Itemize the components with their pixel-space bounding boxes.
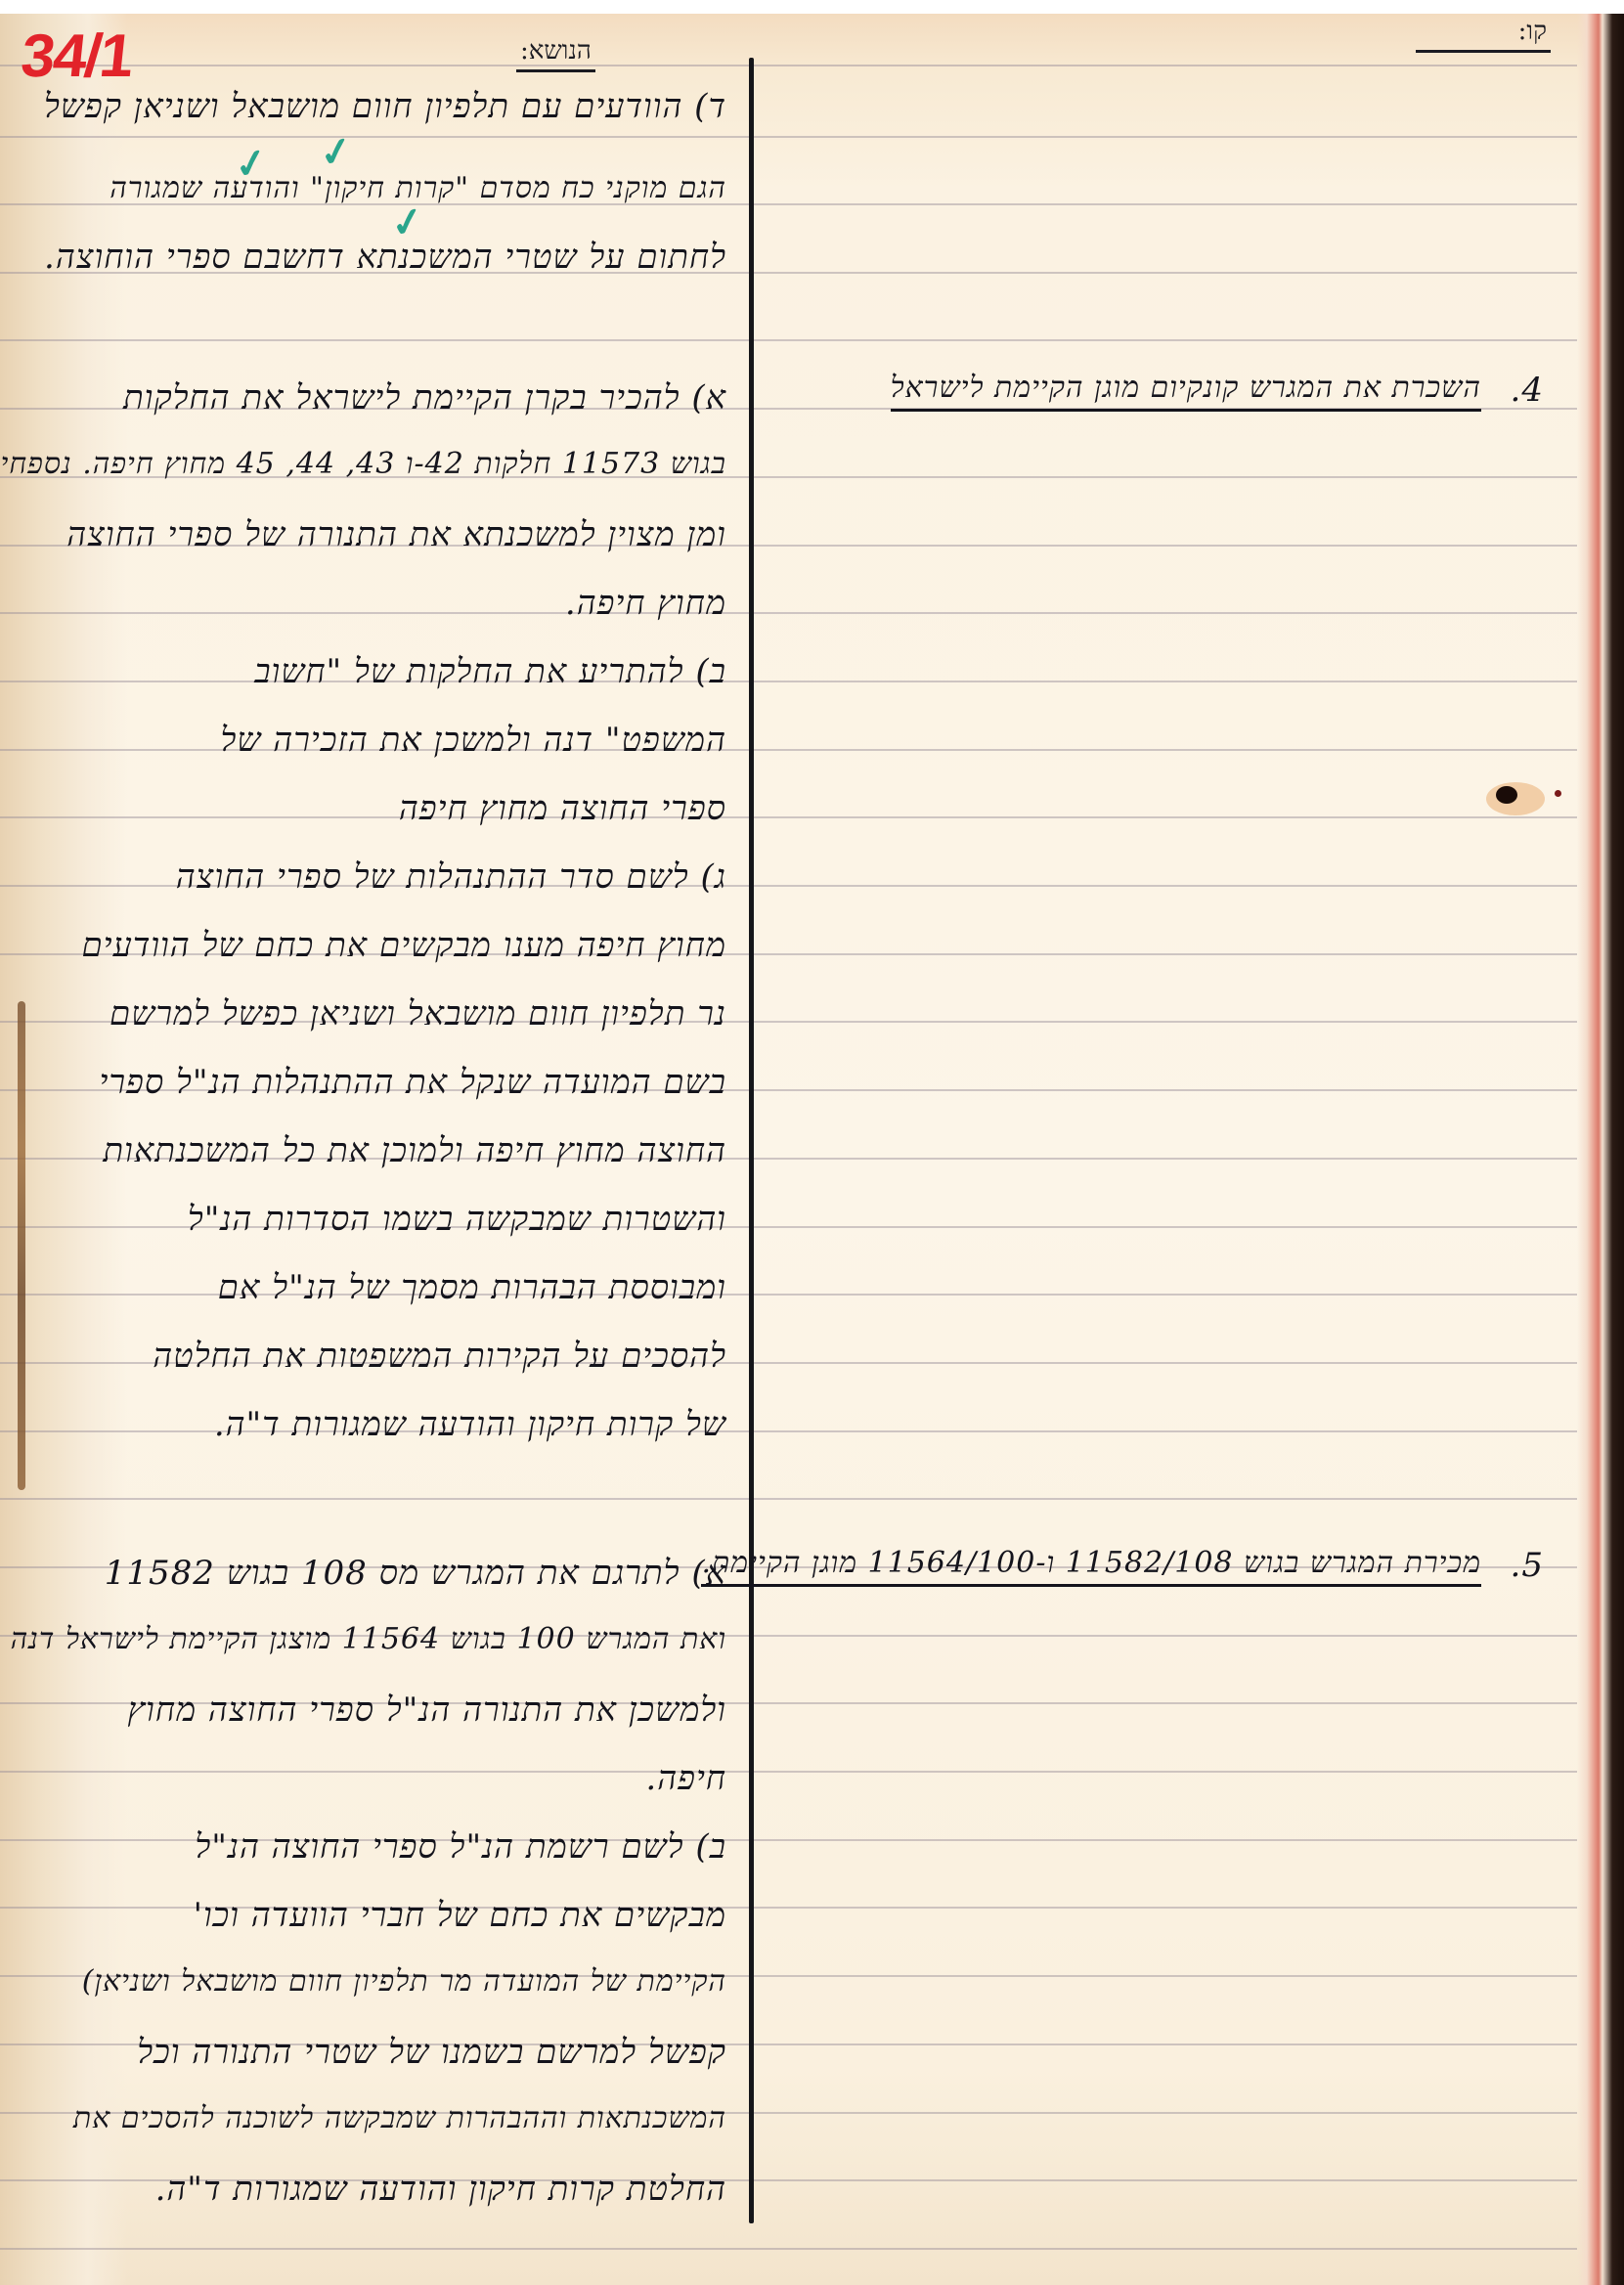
ruled-line bbox=[0, 612, 1577, 614]
item-5-line: ב) לשם רשמת הנ"ל ספרי החוצה הנ"ל bbox=[195, 1830, 726, 1864]
check-mark-icon: ✓ bbox=[316, 126, 356, 177]
ruled-line bbox=[0, 136, 1577, 138]
right-item-4-number: 4. bbox=[1511, 374, 1544, 407]
item-5-line: חיפה. bbox=[645, 1762, 726, 1795]
item-4-line: והשטרות שמבקשה בשמו הסדרות הנ"ל bbox=[188, 1203, 726, 1236]
item-5-line: קפשל למרשם בשמנו של שטרי התנורה וכל bbox=[137, 2036, 726, 2069]
left-column-header: הנושא: bbox=[516, 37, 595, 72]
ruled-line bbox=[0, 65, 1577, 66]
item-5-line: מבקשים את כחם של חברי הוועדה וכו' bbox=[194, 1899, 726, 1932]
intro-line: ד) הוודעים עם תלפיון חוום מושבאל ושניאן … bbox=[44, 90, 726, 123]
ruled-line bbox=[0, 681, 1577, 682]
item-4-line: ב) להתריע את החלקות של "חשוב bbox=[254, 655, 726, 688]
page-number: 34/1 bbox=[18, 22, 135, 91]
item-4-line: המשפט" דנה ולמשכן את הזכירה של bbox=[221, 724, 727, 757]
item-5-line: המשכנתאות וההבהרות שמבקשה לשוכנה להסכים … bbox=[73, 2104, 726, 2133]
item-5-line: ואת המגרש 100 בגוש 11564 מוצגן הקיימת לי… bbox=[11, 1625, 726, 1654]
ruled-line bbox=[0, 339, 1577, 341]
ink-dot bbox=[1555, 790, 1561, 797]
item-4-line: להסכים על הקירות המשפטות את החלטה bbox=[153, 1340, 726, 1373]
right-column-header: קו: bbox=[1416, 18, 1551, 53]
right-item-4-text: השכרת את המגרש קונקיום מוגן הקיימת לישרא… bbox=[891, 374, 1481, 412]
item-4-line: א) להכיר בקרן הקיימת לישראל את החלקות bbox=[123, 381, 726, 415]
ruled-line bbox=[0, 816, 1577, 818]
ruled-line bbox=[0, 2248, 1577, 2250]
item-4-line: החוצה מחוץ חיפה ולמוכן את כל המשכנתאות bbox=[103, 1134, 726, 1167]
check-mark-icon: ✓ bbox=[231, 138, 271, 189]
column-divider bbox=[749, 58, 754, 2223]
item-4-line: מחוץ חיפה. bbox=[565, 587, 726, 620]
ruled-line bbox=[0, 1771, 1577, 1773]
right-item-5-text: מכירת המגרש בגוש 11582/108 ו-11564/100 מ… bbox=[701, 1549, 1481, 1587]
item-4-line: ספרי החוצה מחוץ חיפה bbox=[399, 792, 726, 825]
item-4-line: נר תלפיון חוום מושבאל ושניאן כפשל למרשם bbox=[110, 997, 726, 1031]
notebook-page: 34/1 הנושא: קו: ד) הוודעים עם תלפיון חוו… bbox=[0, 14, 1624, 2285]
item-5-line: החלטת קרות חיקון והודעה שמגורות ד"ה. bbox=[155, 2173, 726, 2206]
ink-blot bbox=[1496, 786, 1517, 804]
item-5-line: הקיימת של המועדה מר תלפיון חוום מושבאל ו… bbox=[82, 1967, 726, 1997]
item-4-line: בגוש 11573 חלקות 42-ו 43, 44, 45 מחוץ חי… bbox=[0, 450, 726, 479]
item-4-line: ג) לשם סדר ההתנהלות של ספרי החוצה bbox=[176, 860, 726, 894]
item-5-line: א) לתרגם את המגרש מס 108 בגוש 11582 bbox=[105, 1557, 726, 1590]
right-item-5-number: 5. bbox=[1511, 1549, 1544, 1582]
item-4-line: של קרות חיקון והודעה שמגורות ד"ה. bbox=[214, 1408, 726, 1441]
item-4-line: ומן מצוין למשכנתא את התנורה של ספרי החוצ… bbox=[66, 518, 726, 551]
intro-line: לחתום על שטרי המשכנתא דחשבם ספרי הוחוצה. bbox=[44, 241, 726, 274]
ruled-line bbox=[0, 1498, 1577, 1500]
item-4-line: מחוץ חיפה מענו מבקשים את כחם של הוודעים bbox=[81, 929, 726, 962]
item-4-line: בשם המועדה שנקל את ההתנהלות הנ"ל ספרי bbox=[99, 1066, 726, 1099]
item-4-line: ומבוססת הבהרות מסמך של הנ"ל אם bbox=[218, 1271, 726, 1304]
page-edge bbox=[1577, 14, 1624, 2285]
item-5-line: ולמשכן את התנורה הנ"ל ספרי החוצה מחוץ bbox=[127, 1693, 726, 1727]
binding-string bbox=[18, 1001, 25, 1490]
